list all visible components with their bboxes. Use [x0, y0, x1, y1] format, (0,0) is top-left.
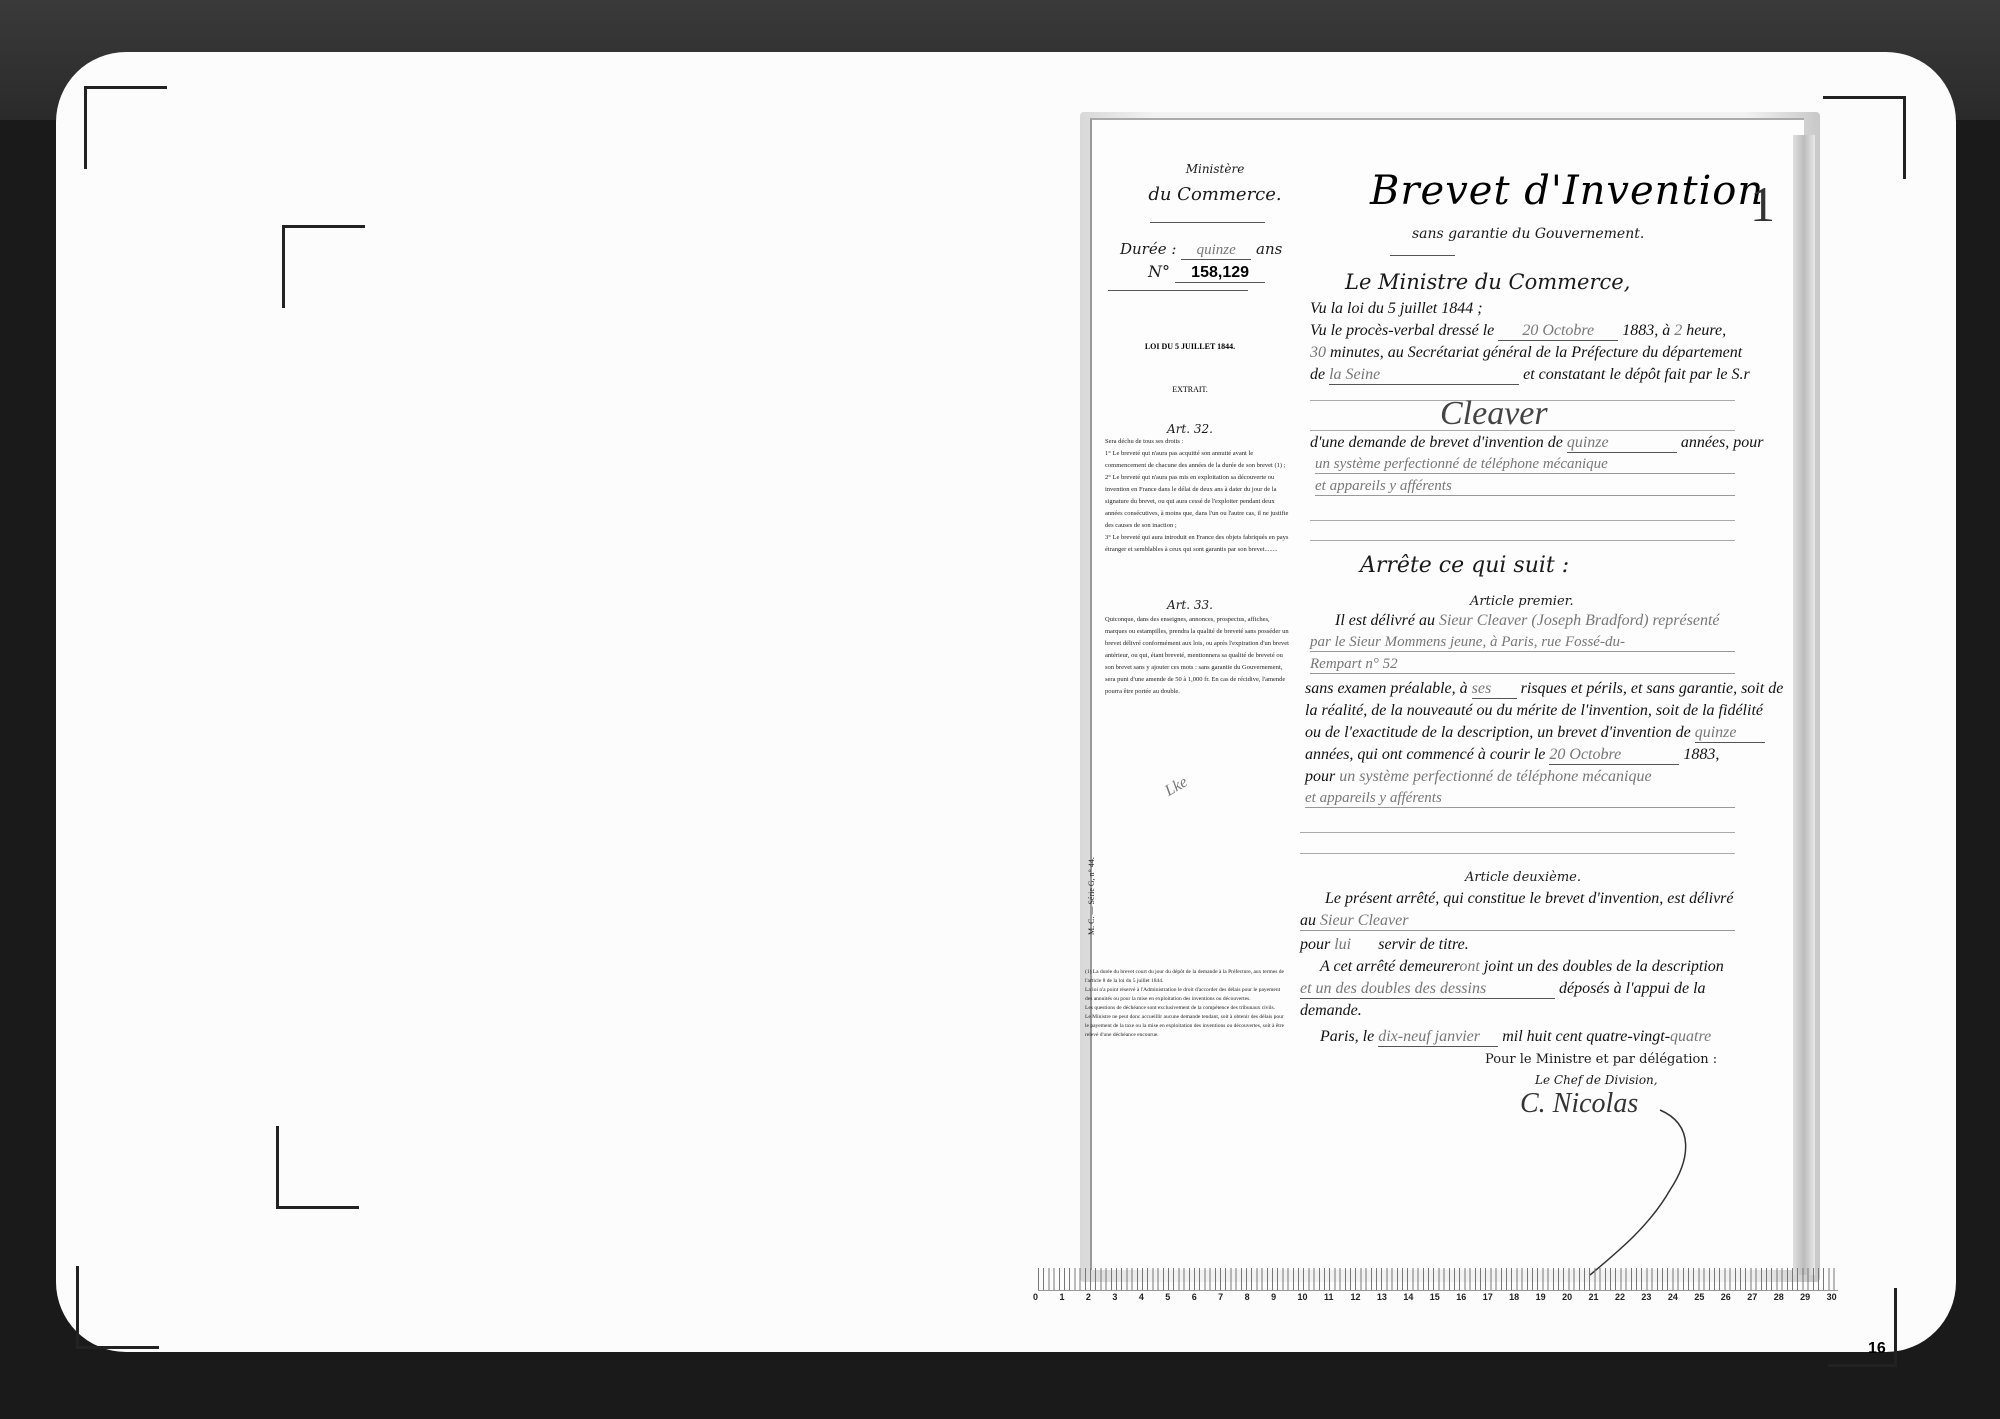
text: au: [1300, 912, 1316, 929]
text: ou de l'exactitude de la description, un…: [1305, 724, 1691, 741]
sheet-number: 16: [1868, 1340, 1886, 1358]
art1-line3: Rempart n° 52: [1310, 656, 1735, 674]
ruler-label: 26: [1721, 1292, 1747, 1312]
duration-label: Durée :: [1120, 240, 1176, 258]
ruler-label: 22: [1615, 1292, 1641, 1312]
form-line: [1300, 832, 1735, 833]
footnote-para: (1) La durée du brevet court du jour du …: [1085, 968, 1285, 986]
binding-strip: [1793, 135, 1815, 1275]
applicant-name: Cleaver: [1440, 395, 1548, 433]
text: 1883,: [1683, 746, 1719, 763]
ruler-label: 11: [1324, 1292, 1350, 1312]
crop-mark-bottom-left-inner: [276, 1126, 359, 1209]
art2-demande: demande.: [1300, 1002, 1362, 1020]
art2-annex-hand: et un des doubles des dessins: [1300, 980, 1555, 999]
pv-minutes: 30: [1310, 344, 1326, 361]
text: pour: [1300, 936, 1330, 953]
footnote-para: La loi n'a point réservé à l'Administrat…: [1085, 986, 1285, 1004]
divider: [1150, 222, 1265, 223]
ruler-label: 18: [1509, 1292, 1535, 1312]
ministry-line2: du Commerce.: [1140, 184, 1290, 205]
date-end: quatre: [1670, 1028, 1711, 1045]
art2-lui: lui: [1334, 936, 1374, 954]
art1-invention: un système perfectionné de téléphone méc…: [1339, 768, 1651, 785]
text: déposés à l'appui de la: [1559, 980, 1706, 997]
form-line: [1310, 430, 1735, 431]
ruler-label: 24: [1668, 1292, 1694, 1312]
arrete-heading: Arrête ce qui suit :: [1360, 553, 1569, 578]
footnote-para: Les questions de déchéance sont exclusiv…: [1085, 1004, 1285, 1013]
art1-ses: ses: [1472, 680, 1517, 699]
crop-mark-top-left-outer: [84, 86, 167, 169]
minister-heading: Le Ministre du Commerce,: [1345, 270, 1630, 294]
text: et constatant le dépôt fait par le S.r: [1523, 366, 1750, 383]
text: Il est délivré au: [1335, 612, 1435, 629]
footnote-para: Le Ministre ne peut donc accueillir aucu…: [1085, 1013, 1285, 1040]
text: mil huit cent quatre-vingt-: [1502, 1028, 1670, 1045]
ruler-label: 7: [1218, 1292, 1244, 1312]
ruler-label: 14: [1403, 1292, 1429, 1312]
ruler-label: 5: [1165, 1292, 1191, 1312]
invention-line1: un système perfectionné de téléphone méc…: [1315, 456, 1735, 474]
duration-row: Durée : quinze ans: [1120, 240, 1282, 260]
pv-line2: 30 minutes, au Secrétariat général de la…: [1310, 344, 1742, 362]
art32-text: Sera déchu de tous ses droits : 1° Le br…: [1105, 436, 1290, 556]
art33-title: Art. 33.: [1105, 598, 1275, 612]
art1-years: quinze: [1695, 724, 1765, 743]
art2-ont: ont: [1459, 958, 1479, 975]
ruler-label: 29: [1800, 1292, 1826, 1312]
vu-pv-row: Vu le procès-verbal dressé le 20 Octobre…: [1310, 322, 1726, 341]
divider: [1390, 255, 1455, 256]
form-line: [1310, 540, 1735, 541]
art2-annex-row: A cet arrêté demeureront joint un des do…: [1320, 958, 1724, 976]
demande-years: quinze: [1567, 434, 1677, 453]
ruler-label: 15: [1430, 1292, 1456, 1312]
document-title: Brevet d'Invention: [1370, 168, 1764, 214]
ruler-label: 10: [1298, 1292, 1324, 1312]
art1-text-row1: sans examen préalable, à ses risques et …: [1305, 680, 1783, 699]
art32-title: Art. 32.: [1105, 422, 1275, 436]
art32-para: 1° Le breveté qui n'aura pas acquitté so…: [1105, 448, 1290, 472]
text: d'une demande de brevet d'invention de: [1310, 434, 1563, 451]
signature-flourish: [1560, 1100, 1700, 1280]
art32-para: Sera déchu de tous ses droits :: [1105, 436, 1290, 448]
department: la Seine: [1329, 366, 1519, 385]
ruler-label: 20: [1562, 1292, 1588, 1312]
crop-mark-top-left-inner: [282, 225, 365, 308]
ruler-labels: 0 1 2 3 4 5 6 7 8 9 10 11 12 13 14 15 16…: [1033, 1292, 1853, 1312]
text: années, qui ont commencé à courir le: [1305, 746, 1545, 763]
crop-mark-bottom-left-outer: [76, 1266, 159, 1349]
art1-pour-row: pour un système perfectionné de téléphon…: [1305, 768, 1652, 786]
margin-mark: 1: [1750, 175, 1775, 233]
art1-text-row4: années, qui ont commencé à courir le 20 …: [1305, 746, 1719, 765]
ruler-label: 2: [1086, 1292, 1112, 1312]
ruler-label: 0: [1033, 1292, 1059, 1312]
pv-year: 1883,: [1622, 322, 1658, 339]
footnote: (1) La durée du brevet court du jour du …: [1085, 968, 1285, 1040]
ruler-label: 8: [1245, 1292, 1271, 1312]
ruler-label: 3: [1112, 1292, 1138, 1312]
text: années, pour: [1681, 434, 1764, 451]
pv-date: 20 Octobre: [1498, 322, 1618, 341]
art1-text-row2: la réalité, de la nouveauté ou du mérite…: [1305, 702, 1763, 720]
art2-to-row: au Sieur Cleaver: [1300, 912, 1735, 931]
ruler-label: 28: [1774, 1292, 1800, 1312]
art2-text1: Le présent arrêté, qui constitue le brev…: [1325, 890, 1734, 908]
delegation-text: Pour le Ministre et par délégation :: [1485, 1052, 1717, 1067]
duration-unit: ans: [1256, 240, 1282, 258]
art1-invention-line2: et appareils y afférents: [1305, 790, 1735, 808]
form-line: [1300, 853, 1735, 854]
law-subheading: EXTRAIT.: [1105, 385, 1275, 394]
dept-row: de la Seine et constatant le dépôt fait …: [1310, 366, 1750, 385]
text: heure,: [1686, 322, 1726, 339]
patent-number: 158,129: [1175, 264, 1265, 283]
text: à: [1662, 322, 1670, 339]
article-2-title: Article deuxième.: [1465, 870, 1581, 885]
text: sans examen préalable, à: [1305, 680, 1468, 697]
invention-line2: et appareils y afférents: [1315, 478, 1735, 496]
document-subtitle: sans garantie du Gouvernement.: [1412, 226, 1644, 242]
ruler-label: 1: [1059, 1292, 1085, 1312]
ruler-label: 9: [1271, 1292, 1297, 1312]
pv-hour: 2: [1674, 322, 1682, 339]
ruler-label: 6: [1192, 1292, 1218, 1312]
art1-text-row3: ou de l'exactitude de la description, un…: [1305, 724, 1765, 743]
ruler-label: 17: [1483, 1292, 1509, 1312]
text: Vu le procès-verbal dressé le: [1310, 322, 1494, 339]
ruler-label: 27: [1747, 1292, 1773, 1312]
vu-loi: Vu la loi du 5 juillet 1844 ;: [1310, 300, 1483, 318]
ruler-label: 19: [1536, 1292, 1562, 1312]
chef-division: Le Chef de Division,: [1535, 1073, 1658, 1087]
form-line: [1310, 520, 1735, 521]
text: pour: [1305, 768, 1335, 785]
text: de: [1310, 366, 1325, 383]
ruler-label: 23: [1641, 1292, 1667, 1312]
text: servir de titre.: [1378, 936, 1469, 953]
measurement-ruler: [1038, 1268, 1838, 1291]
divider: [1108, 290, 1248, 291]
demande-row: d'une demande de brevet d'invention de q…: [1310, 434, 1763, 453]
ruler-label: 30: [1827, 1292, 1853, 1312]
art2-titre-row: pour lui servir de titre.: [1300, 936, 1469, 954]
duration-value: quinze: [1181, 242, 1251, 260]
ruler-label: 25: [1694, 1292, 1720, 1312]
ruler-label: 4: [1139, 1292, 1165, 1312]
text: joint un des doubles de la description: [1484, 958, 1724, 975]
art32-para: 2° Le breveté qui n'aura pas mis en expl…: [1105, 472, 1290, 532]
series-code: M. C. — Série G, n° 44.: [1085, 857, 1098, 935]
text: A cet arrêté demeurer: [1320, 958, 1459, 975]
article-1-title: Article premier.: [1470, 594, 1574, 609]
ruler-label: 13: [1377, 1292, 1403, 1312]
crop-mark-top-right: [1823, 96, 1906, 179]
law-heading: LOI DU 5 JUILLET 1844.: [1105, 342, 1275, 351]
art32-para: 3° Le breveté qui aura introduit en Fran…: [1105, 532, 1290, 556]
date-row: Paris, le dix-neuf janvier mil huit cent…: [1320, 1028, 1711, 1047]
art2-recipient: Sieur Cleaver: [1320, 912, 1408, 929]
ruler-label: 21: [1589, 1292, 1615, 1312]
date-hand: dix-neuf janvier: [1378, 1028, 1498, 1047]
art1-line2: par le Sieur Mommens jeune, à Paris, rue…: [1310, 634, 1735, 652]
ruler-label: 16: [1456, 1292, 1482, 1312]
ruler-label: 12: [1350, 1292, 1376, 1312]
art1-start: 20 Octobre: [1549, 746, 1679, 765]
number-label: N°: [1148, 262, 1170, 281]
art1-hand: Sieur Cleaver (Joseph Bradford) représen…: [1439, 612, 1720, 629]
text: minutes, au Secrétariat général de la Pr…: [1330, 344, 1742, 361]
text: risques et périls, et sans garantie, soi…: [1521, 680, 1784, 697]
patent-number-row: N° 158,129: [1148, 262, 1265, 283]
ministry-line1: Ministère: [1160, 162, 1270, 176]
art2-annex-row2: et un des doubles des dessins déposés à …: [1300, 980, 1706, 999]
art1-row: Il est délivré au Sieur Cleaver (Joseph …: [1335, 612, 1720, 630]
art33-text: Quiconque, dans des enseignes, annonces,…: [1105, 614, 1290, 698]
text: Paris, le: [1320, 1028, 1374, 1045]
